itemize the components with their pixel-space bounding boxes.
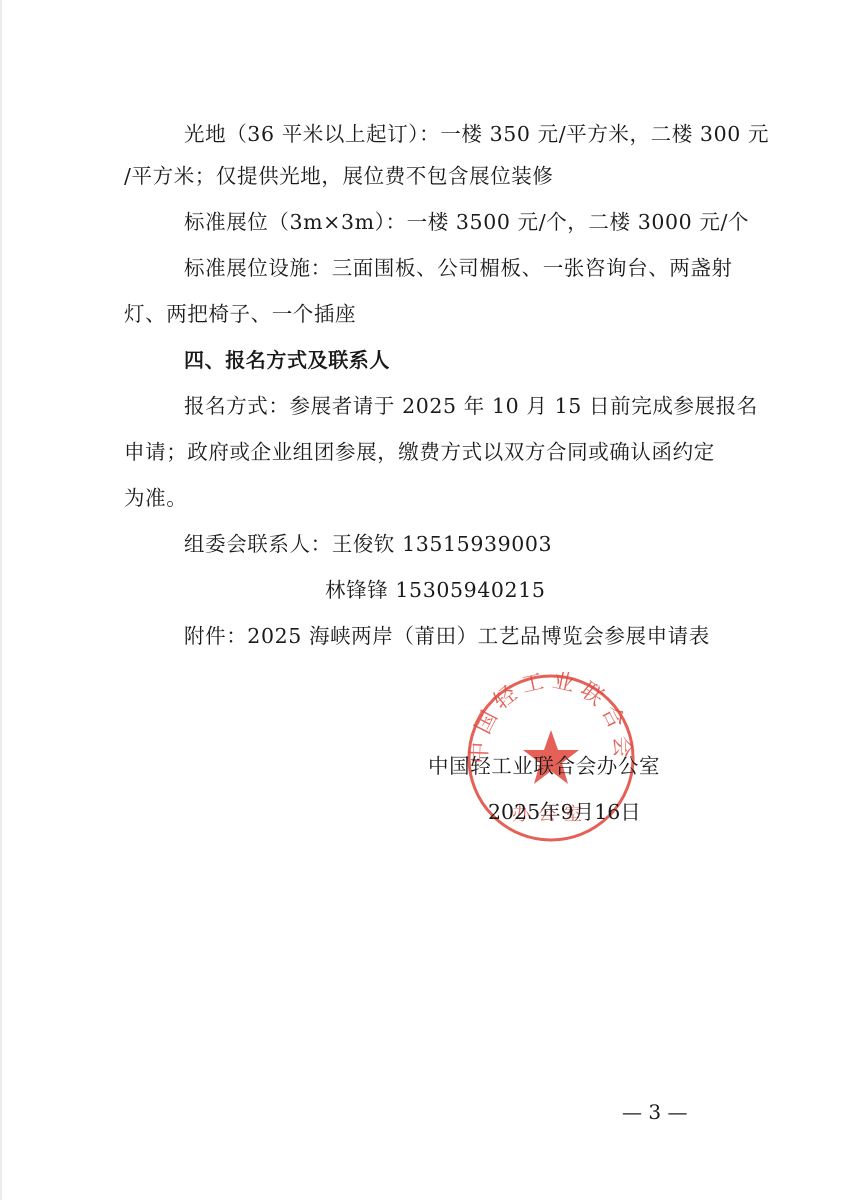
pricing-standard-facilities-line1: 标准展位设施：三面围板、公司楣板、一张咨询台、两盏射	[184, 254, 733, 282]
contact-line2: 林锋锋 15305940215	[325, 576, 546, 604]
section-heading: 四、报名方式及联系人	[184, 346, 390, 374]
signature-date: 2025年9月16日	[488, 798, 641, 826]
scan-edge	[0, 0, 2, 1200]
document-page: 光地（36 平米以上起订）：一楼 350 元/平方米，二楼 300 元 /平方米…	[0, 0, 848, 1200]
contact-line1: 组委会联系人：王俊钦 13515939003	[184, 530, 552, 558]
registration-line2: 申请；政府或企业组团参展，缴费方式以双方合同或确认函约定	[124, 438, 715, 466]
registration-line3: 为准。	[124, 484, 187, 512]
pricing-bare-space-line1: 光地（36 平米以上起订）：一楼 350 元/平方米，二楼 300 元	[184, 120, 769, 148]
pricing-bare-space-line2: /平方米；仅提供光地，展位费不包含展位装修	[124, 162, 554, 190]
signature-organization: 中国轻工业联合会办公室	[428, 752, 660, 780]
page-number: — 3 —	[622, 1098, 687, 1126]
attachment-line: 附件：2025 海峡两岸（莆田）工艺品博览会参展申请表	[184, 622, 710, 650]
pricing-standard-facilities-line2: 灯、两把椅子、一个插座	[124, 300, 356, 328]
pricing-standard-booth: 标准展位（3m×3m）：一楼 3500 元/个，二楼 3000 元/个	[184, 208, 749, 236]
registration-line1: 报名方式：参展者请于 2025 年 10 月 15 日前完成参展报名	[184, 392, 758, 420]
